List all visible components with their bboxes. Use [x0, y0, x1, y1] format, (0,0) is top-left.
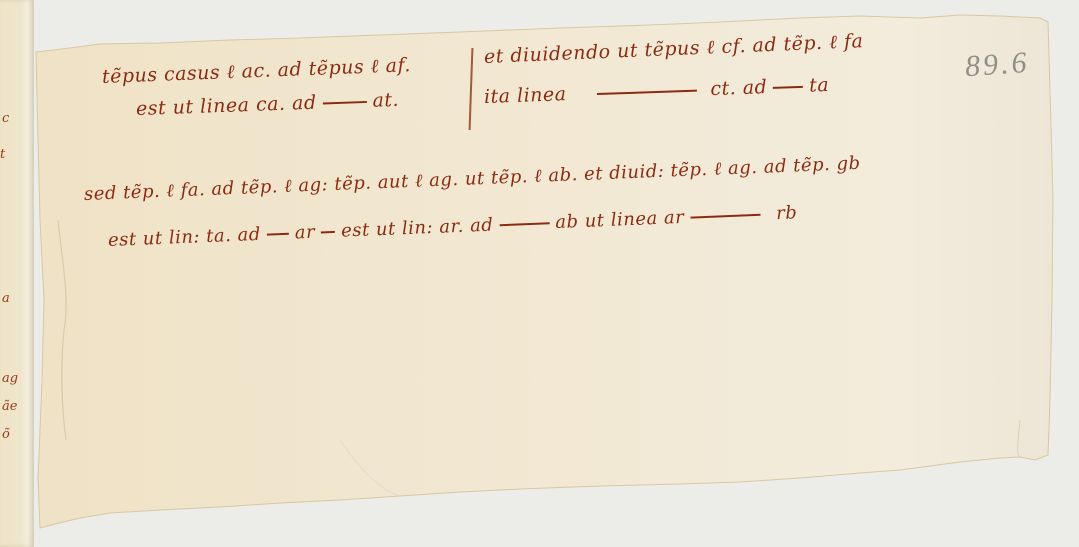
- line-2-left-tail: at.: [372, 89, 399, 112]
- dash-rule: [321, 231, 335, 234]
- folio-number: 89.6: [964, 46, 1031, 84]
- dash-rule: [499, 222, 549, 226]
- line-2-right-mid: ct. ad: [710, 76, 768, 100]
- line-4-part-2: ar: [294, 222, 315, 244]
- manuscript-sheet: tẽpus casus ℓ ac. ad tẽpus ℓ af. et diui…: [0, 0, 1079, 547]
- dash-rule: [596, 90, 696, 95]
- line-2-right-text: ita linea: [484, 83, 567, 108]
- dash-rule: [267, 233, 289, 236]
- line-2-right-tail: ta: [809, 74, 830, 97]
- dash-rule: [323, 101, 367, 105]
- line-4-part-5: rb: [776, 202, 798, 224]
- dash-rule: [690, 214, 760, 219]
- dash-rule: [773, 86, 803, 89]
